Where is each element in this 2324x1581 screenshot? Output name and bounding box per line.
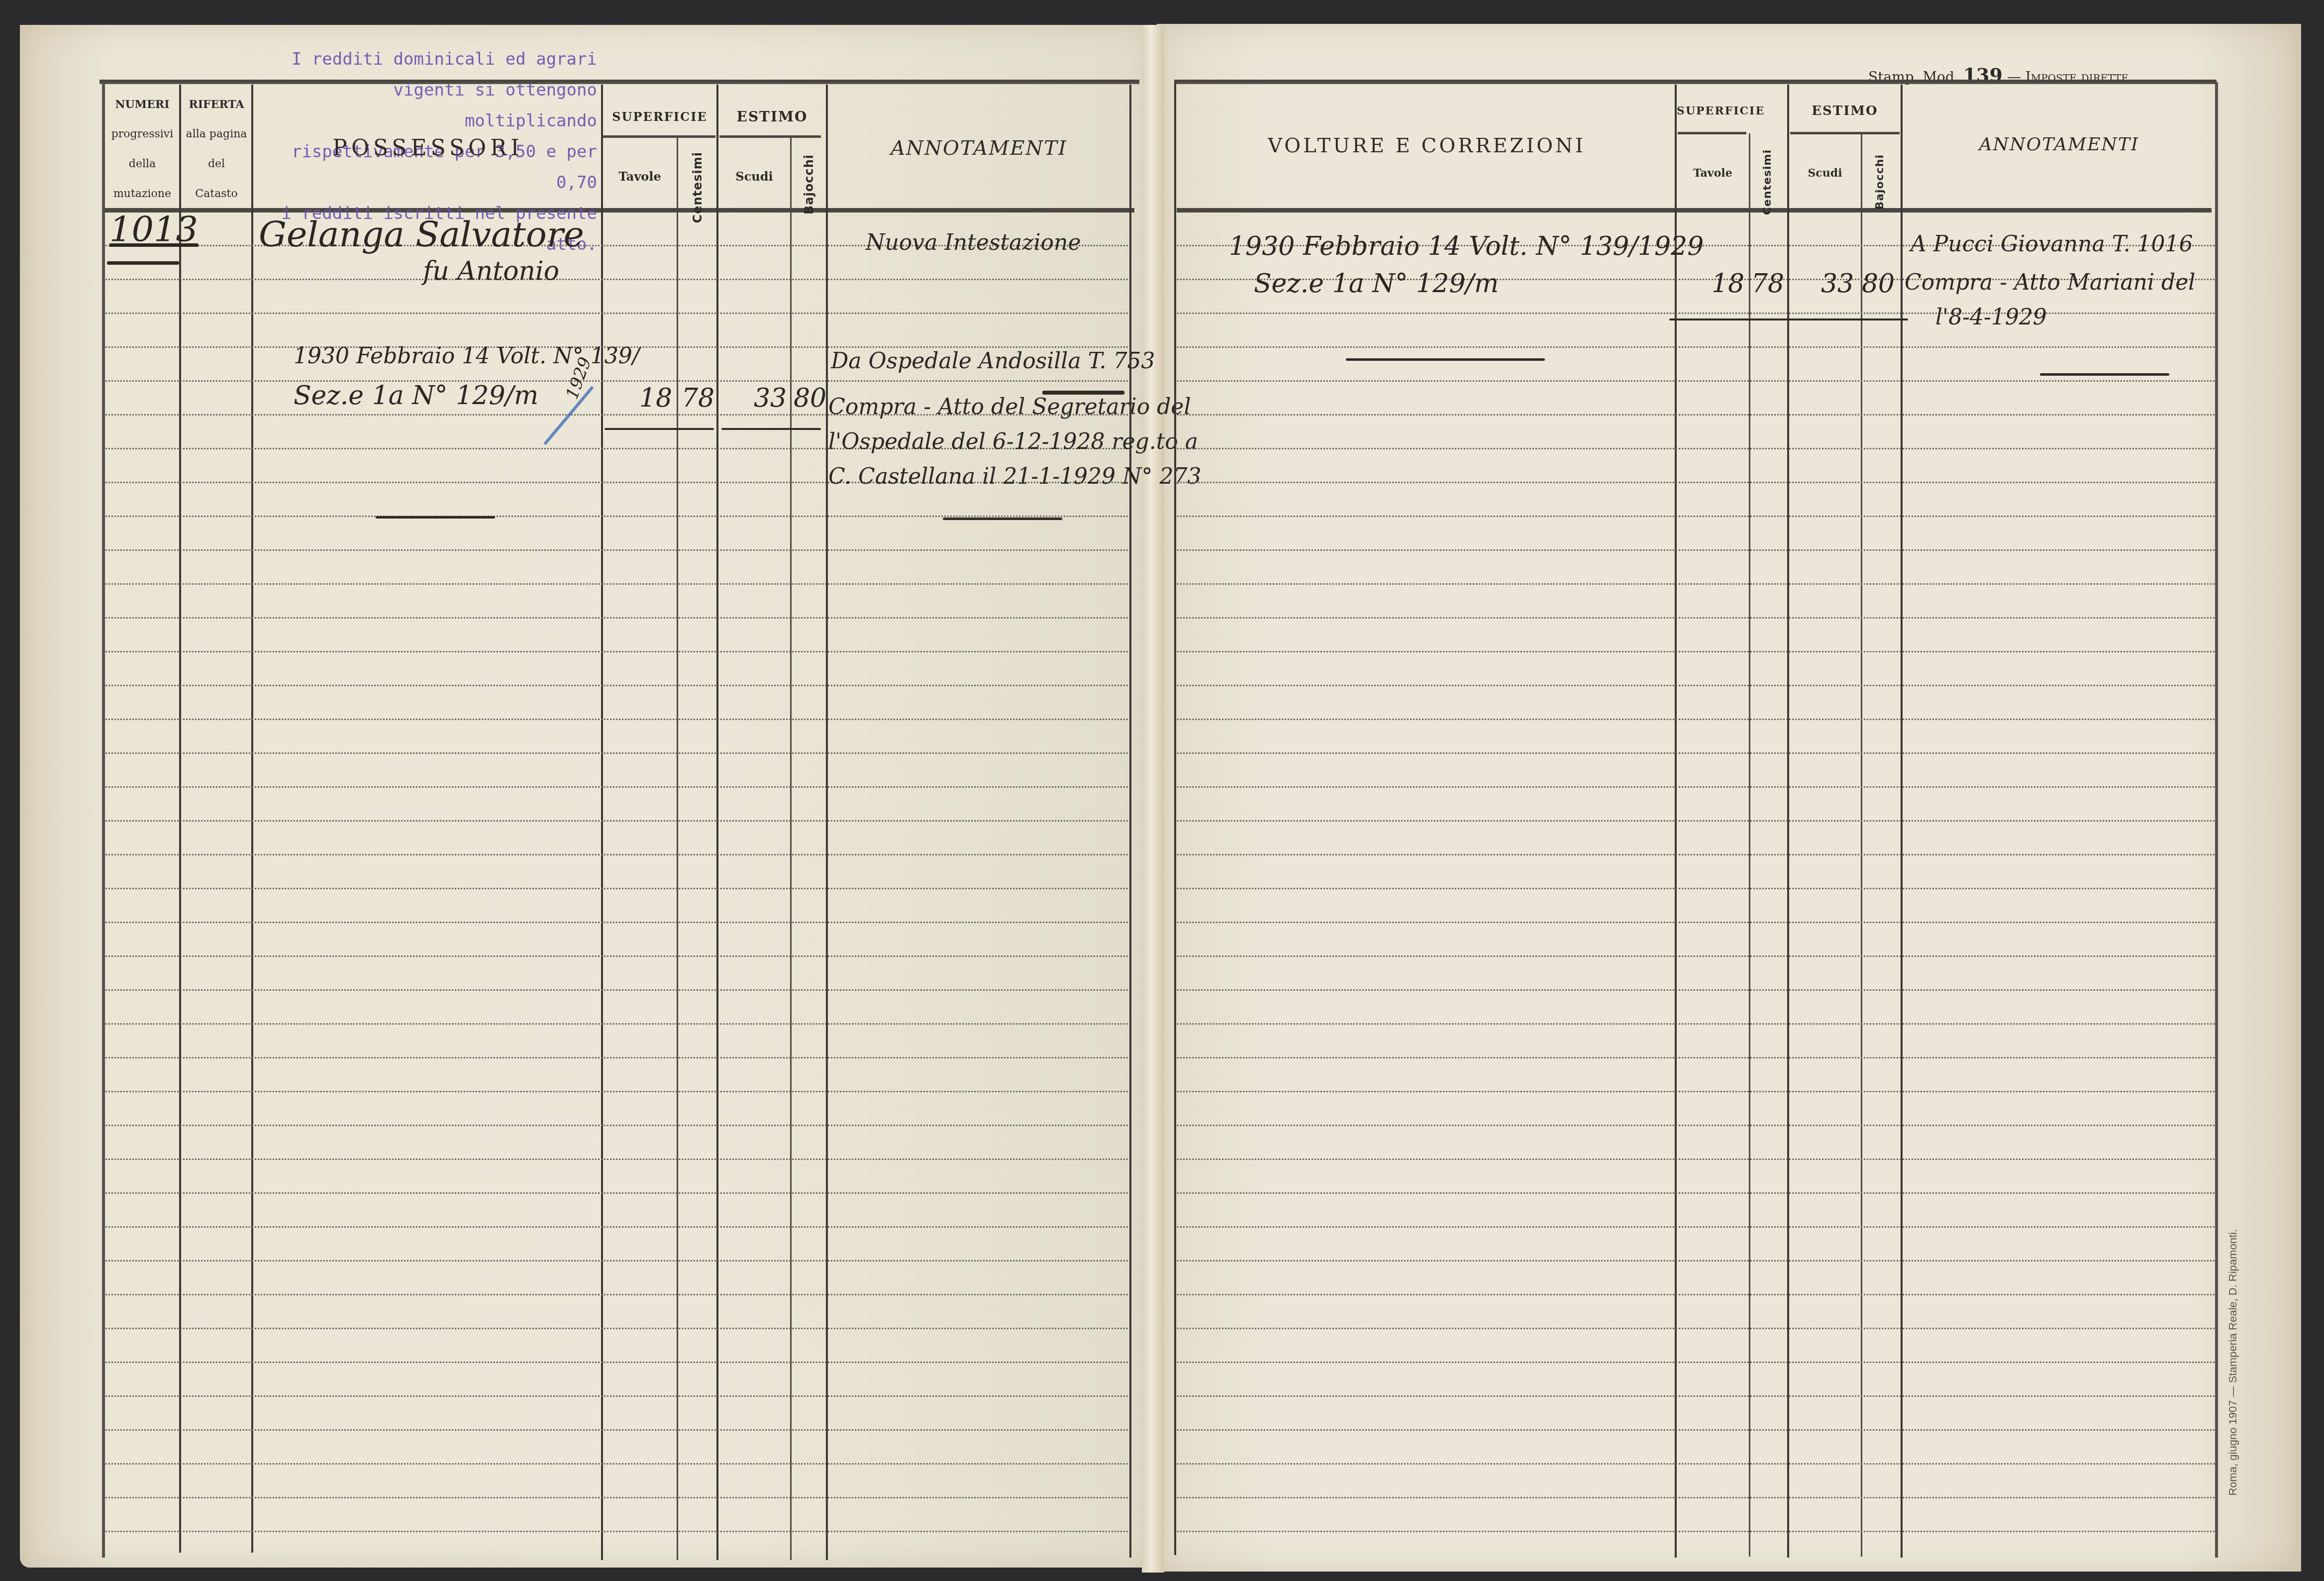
- col-line: [251, 85, 253, 1553]
- ruled-row-line: [105, 1125, 1128, 1126]
- ruled-row-line: [105, 1362, 1128, 1363]
- ruled-row-line: [105, 1463, 1128, 1465]
- ruled-row-line: [1177, 1328, 2215, 1329]
- ruled-row-line: [105, 1429, 1128, 1431]
- ruled-row-line: [1177, 1395, 2215, 1397]
- right-header-rule: [1177, 208, 2212, 212]
- tavole-value: 18: [639, 383, 672, 413]
- numeri-sub2: della: [105, 149, 179, 179]
- annotamento-line2: Compra - Atto Mariani del: [1905, 270, 2195, 295]
- ruled-row-line: [105, 1023, 1128, 1025]
- stamp-line: I redditi dominicali ed agrari: [279, 44, 597, 75]
- ruled-row-line: [1177, 313, 2215, 314]
- annotamento-line1: A Pucci Giovanna T. 1016: [1911, 231, 2193, 257]
- superficie-subrule: [1678, 132, 1746, 134]
- ruled-row-line: [105, 989, 1128, 991]
- annotamento-nuova-intestazione: Nuova Intestazione: [866, 230, 1081, 255]
- tavole-value: 18: [1712, 269, 1744, 299]
- ruled-row-line: [1177, 888, 2215, 889]
- book-gutter: [1142, 25, 1164, 1573]
- ruled-row-line: [105, 516, 1128, 517]
- tavole-header: Tavole: [1677, 167, 1749, 180]
- left-top-rule: [100, 80, 1139, 84]
- ruled-row-line: [1177, 1091, 2215, 1092]
- left-border: [1174, 82, 1176, 1555]
- ruled-row-line: [1177, 719, 2215, 720]
- centesimi-header: Centesimi: [691, 152, 705, 223]
- col-line: [601, 85, 603, 1560]
- ruled-row-line: [1177, 549, 2215, 551]
- estimo-subrule: [719, 135, 821, 138]
- ruled-row-line: [1177, 1159, 2215, 1160]
- ruled-row-line: [105, 583, 1128, 585]
- bajocchi-value: 80: [1862, 269, 1895, 299]
- ruled-row-line: [105, 1328, 1128, 1329]
- ruled-row-line: [105, 719, 1128, 720]
- ruled-row-line: [1177, 1260, 2215, 1262]
- tavole-header: Tavole: [603, 169, 677, 184]
- stamp-line: vigenti si ottengono moltiplicando: [279, 75, 597, 136]
- ruled-row-line: [105, 549, 1128, 551]
- ruled-row-line: [105, 955, 1128, 957]
- annotamento-end-line: [2040, 373, 2169, 376]
- number-double-underline: [107, 261, 179, 265]
- col-line: [826, 85, 828, 1560]
- superficie-header: SUPERFICIE: [1677, 105, 1749, 117]
- ruled-row-line: [1177, 1125, 2215, 1126]
- ruled-row-line: [1177, 651, 2215, 652]
- ruled-row-line: [1177, 583, 2215, 585]
- estimo-header: ESTIMO: [1789, 104, 1901, 118]
- riferta-sub2: del: [182, 149, 251, 179]
- ruled-row-line: [1177, 1226, 2215, 1228]
- possessore-name: Gelanga Salvatore: [259, 214, 584, 255]
- ruled-row-line: [1177, 516, 2215, 517]
- right-top-rule: [1174, 80, 2217, 84]
- ruled-row-line: [105, 752, 1128, 754]
- ruled-row-line: [1177, 1429, 2215, 1431]
- centesimi-value: 78: [682, 383, 714, 413]
- ruled-row-line: [105, 1192, 1128, 1194]
- annotamenti-header: ANNOTAMENTI: [1903, 134, 2215, 155]
- ruled-row-line: [1177, 1294, 2215, 1295]
- bajocchi-value: 80: [794, 383, 826, 413]
- ruled-row-line: [1177, 1362, 2215, 1363]
- ruled-row-line: [105, 651, 1128, 652]
- ruled-row-line: [1177, 1497, 2215, 1498]
- ruled-row-line: [105, 1226, 1128, 1228]
- estimo-subrule: [1790, 132, 1900, 134]
- annotamento-line1: Da Ospedale Andosilla T. 753: [831, 348, 1155, 374]
- ruled-row-line: [105, 380, 1128, 382]
- left-header-rule: [104, 208, 1134, 212]
- ruled-row-line: [105, 1159, 1128, 1160]
- ruled-row-line: [1177, 1192, 2215, 1194]
- scudi-header: Scudi: [718, 169, 790, 184]
- right-border: [1129, 85, 1131, 1558]
- ruled-row-line: [1177, 482, 2215, 483]
- ruled-row-line: [105, 922, 1128, 923]
- annotamenti-header: ANNOTAMENTI: [828, 137, 1129, 160]
- voltura-line2: Sez.e 1a N° 129/m: [1254, 269, 1499, 299]
- ruled-row-line: [1177, 346, 2215, 348]
- annotamento-line3: l'8-4-1929: [1935, 305, 2047, 330]
- ruled-row-line: [105, 1057, 1128, 1058]
- annotamento-line3: l'Ospedale del 6-12-1928 reg.to a: [828, 429, 1198, 454]
- numeri-header: NUMERI progressivi della mutazione: [105, 90, 179, 209]
- annotamento-end-line: [943, 518, 1062, 520]
- ruled-row-line: [105, 786, 1128, 788]
- scudi-value: 33: [1821, 269, 1854, 299]
- ruled-row-line: [1177, 617, 2215, 619]
- ruled-row-line: [1177, 1057, 2215, 1058]
- scudi-value: 33: [754, 383, 787, 413]
- ruled-row-line: [1177, 1023, 2215, 1025]
- riferta-sub1: alla pagina: [182, 119, 251, 149]
- ruled-row-line: [105, 1091, 1128, 1092]
- ruled-row-line: [105, 854, 1128, 855]
- ruled-row-line: [1177, 1463, 2215, 1465]
- ruled-row-line: [1177, 414, 2215, 416]
- col-line: [790, 137, 792, 1560]
- ruled-row-line: [1177, 685, 2215, 686]
- annotamento-line2: Compra - Atto del Segretario del: [828, 394, 1191, 420]
- totals-underline: [721, 428, 821, 430]
- col-line: [716, 85, 718, 1560]
- mutation-number: 1013: [109, 209, 198, 250]
- ruled-row-line: [1177, 752, 2215, 754]
- numeri-sub1: progressivi: [105, 119, 179, 149]
- ruled-row-line: [105, 1531, 1128, 1532]
- ruled-row-line: [105, 279, 1128, 280]
- bajocchi-header: Bajocchi: [802, 154, 816, 214]
- estimo-header: ESTIMO: [718, 108, 826, 125]
- numeri-sub3: mutazione: [105, 179, 179, 209]
- ruled-row-line: [1177, 786, 2215, 788]
- numeri-label: NUMERI: [105, 90, 179, 119]
- ruled-row-line: [1177, 922, 2215, 923]
- volture-header: VOLTURE E CORREZIONI: [1179, 134, 1674, 157]
- voltura-line2: Sez.e 1a N° 129/m: [294, 381, 538, 411]
- possessore-father: fu Antonio: [423, 256, 559, 286]
- possessori-header: POSSESSORI: [254, 135, 602, 161]
- totals-underline: [605, 428, 714, 430]
- bajocchi-header: Bajocchi: [1874, 154, 1886, 210]
- centesimi-header: Centesimi: [1761, 149, 1774, 215]
- ruled-row-line: [105, 888, 1128, 889]
- ruled-row-line: [105, 313, 1128, 314]
- col-line: [179, 85, 181, 1553]
- totals-underline: [1669, 318, 1908, 320]
- ruled-row-line: [105, 1395, 1128, 1397]
- ruled-row-line: [1177, 955, 2215, 957]
- voltura-line1: 1930 Febbraio 14 Volt. N° 139/1929: [1229, 231, 1704, 261]
- ruled-row-line: [105, 1294, 1128, 1295]
- voltura-end-line: [1346, 358, 1545, 361]
- riferta-header: RIFERTA alla pagina del Catasto: [182, 90, 251, 209]
- left-border: [102, 82, 105, 1558]
- ruled-row-line: [105, 1260, 1128, 1262]
- ruled-row-line: [1177, 1531, 2215, 1532]
- ruled-row-line: [1177, 989, 2215, 991]
- possessore-end-line: [376, 516, 495, 519]
- ruled-row-line: [1177, 380, 2215, 382]
- right-border: [2215, 82, 2218, 1558]
- centesimi-value: 78: [1751, 269, 1784, 299]
- col-line: [677, 137, 678, 1560]
- printer-imprint: Roma, giugno 1907 — Stamperia Reale, D. …: [2226, 1229, 2239, 1496]
- ruled-row-line: [1177, 820, 2215, 822]
- riferta-label: RIFERTA: [182, 90, 251, 119]
- superficie-header: SUPERFICIE: [603, 109, 716, 124]
- ruled-row-line: [105, 617, 1128, 619]
- ruled-row-line: [105, 1497, 1128, 1498]
- ruled-row-line: [105, 820, 1128, 822]
- riferta-sub3: Catasto: [182, 179, 251, 209]
- annotamento-line4: C. Castellana il 21-1-1929 N° 273: [828, 464, 1201, 489]
- scudi-header: Scudi: [1789, 167, 1861, 180]
- ruled-row-line: [105, 685, 1128, 686]
- ruled-row-line: [1177, 854, 2215, 855]
- ruled-row-line: [1177, 448, 2215, 449]
- superficie-subrule: [603, 135, 715, 138]
